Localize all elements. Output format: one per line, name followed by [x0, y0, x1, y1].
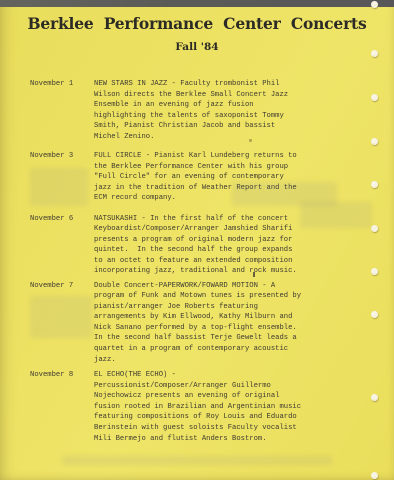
entry-date: November 1 [30, 79, 94, 90]
punch-hole [371, 1, 378, 8]
entry-description: FULL CIRCLE - Pianist Karl Lundeberg ret… [94, 151, 297, 204]
punch-hole [371, 394, 378, 401]
entry-description: NATSUKASHI - In the first half of the co… [94, 214, 297, 278]
punch-hole [371, 138, 378, 145]
concert-entry-nov-7: November 7 Double Concert-PAPERWORK/FOWA… [30, 281, 301, 366]
concert-entry-nov-3: November 3 FULL CIRCLE - Pianist Karl Lu… [30, 151, 297, 204]
concert-entry-nov-6: November 6 NATSUKASHI - In the first hal… [30, 214, 297, 278]
entry-date: November 6 [30, 214, 94, 225]
scan-edge-top [0, 0, 394, 7]
bleed-through-smudge [62, 456, 332, 465]
entry-date: November 8 [30, 370, 94, 381]
punch-hole [371, 50, 378, 57]
concert-entry-nov-1: November 1 NEW STARS IN JAZZ - Faculty t… [30, 79, 288, 143]
punch-hole [371, 311, 378, 318]
entry-date: November 3 [30, 151, 94, 162]
scanned-concert-flyer: Berklee Performance Center Concerts Fall… [0, 0, 394, 480]
punch-hole [371, 181, 378, 188]
entry-date: November 7 [30, 281, 94, 292]
punch-hole [371, 225, 378, 232]
punch-hole [371, 472, 378, 479]
entry-description: Double Concert-PAPERWORK/FOWARD MOTION -… [94, 281, 301, 366]
entry-description: NEW STARS IN JAZZ - Faculty trombonist P… [94, 79, 288, 143]
entry-description: EL ECHO(THE ECHO) - Percussionist/Compos… [94, 370, 301, 444]
page-title: Berklee Performance Center Concerts [0, 14, 394, 33]
page-subtitle: Fall '84 [0, 41, 394, 53]
bleed-through-smudge [300, 202, 372, 228]
concert-entry-nov-8: November 8 EL ECHO(THE ECHO) - Percussio… [30, 370, 301, 444]
punch-hole [371, 94, 378, 101]
punch-hole [371, 268, 378, 275]
